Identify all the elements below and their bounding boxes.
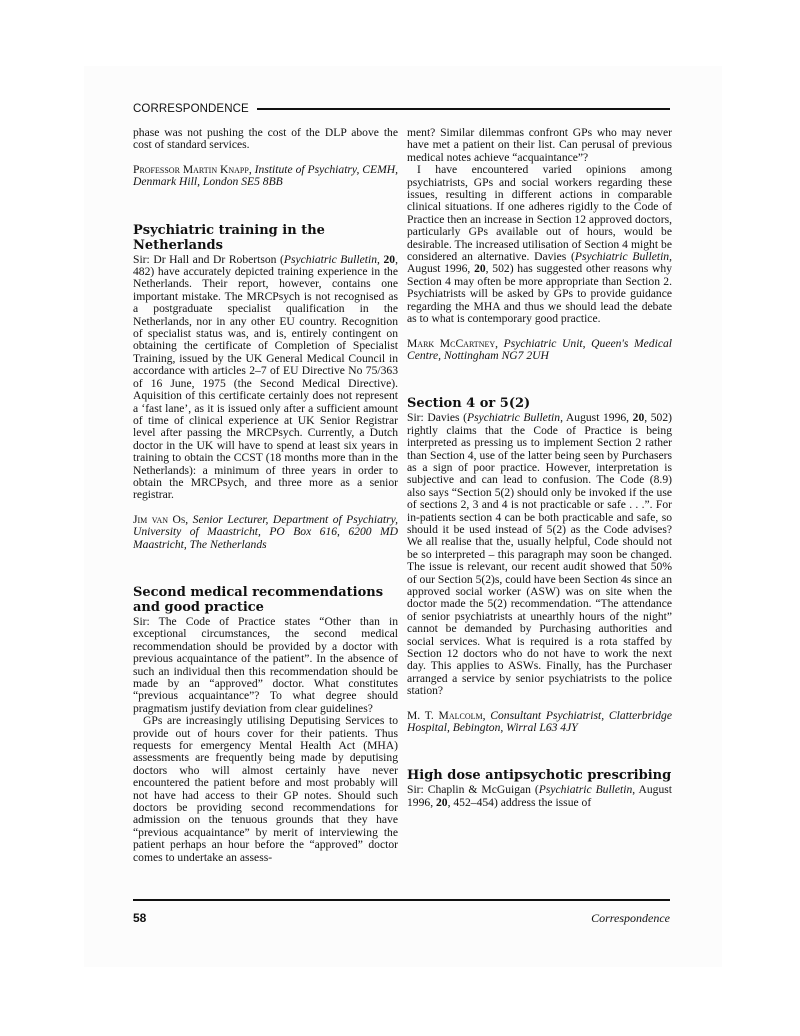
letter-title: Psychiatric training in the Netherlands bbox=[133, 223, 398, 253]
right-column: ment? Similar dilemmas confront GPs who … bbox=[407, 127, 672, 809]
signature-mccartney: Mark McCartney, Psychiatric Unit, Queen'… bbox=[407, 338, 672, 363]
letter-title: High dose antipsychotic prescribing bbox=[407, 768, 672, 783]
page-footer: 58 Correspondence bbox=[133, 911, 670, 926]
signature-van-os: Jim van Os, Senior Lecturer, Department … bbox=[133, 514, 398, 551]
author-name: Mark McCartney bbox=[407, 337, 495, 350]
author-name: M. T. Malcolm bbox=[407, 709, 483, 722]
letter-title: Second medical recommendations and good … bbox=[133, 585, 398, 615]
letter-body: Sir: Dr Hall and Dr Robertson (Psychiatr… bbox=[133, 254, 398, 502]
running-head-rule bbox=[257, 108, 670, 110]
running-head-label: CORRESPONDENCE bbox=[133, 103, 249, 115]
letter-body: Sir: Davies (Psychiatric Bulletin, Augus… bbox=[407, 412, 672, 697]
letter-body-continued: ment? Similar dilemmas confront GPs who … bbox=[407, 127, 672, 164]
footer-rule bbox=[133, 899, 670, 901]
signature-knapp: Professor Martin Knapp, Institute of Psy… bbox=[133, 164, 398, 189]
letter-body: Sir: Chaplin & McGuigan (Psychiatric Bul… bbox=[407, 784, 672, 809]
letter-title: Section 4 or 5(2) bbox=[407, 396, 672, 411]
signature-malcolm: M. T. Malcolm, Consultant Psychiatrist, … bbox=[407, 710, 672, 735]
continuation-text: phase was not pushing the cost of the DL… bbox=[133, 127, 398, 152]
letter-body: GPs are increasingly utilising Deputisin… bbox=[133, 715, 398, 864]
author-name: Professor Martin Knapp bbox=[133, 163, 249, 176]
page-number: 58 bbox=[133, 911, 146, 926]
footer-section: Correspondence bbox=[591, 911, 670, 926]
left-column: phase was not pushing the cost of the DL… bbox=[133, 127, 398, 864]
author-name: Jim van Os bbox=[133, 513, 185, 526]
letter-body: Sir: The Code of Practice states “Other … bbox=[133, 616, 398, 715]
letter-body: I have encountered varied opinions among… bbox=[407, 164, 672, 325]
running-head: CORRESPONDENCE bbox=[133, 101, 670, 117]
